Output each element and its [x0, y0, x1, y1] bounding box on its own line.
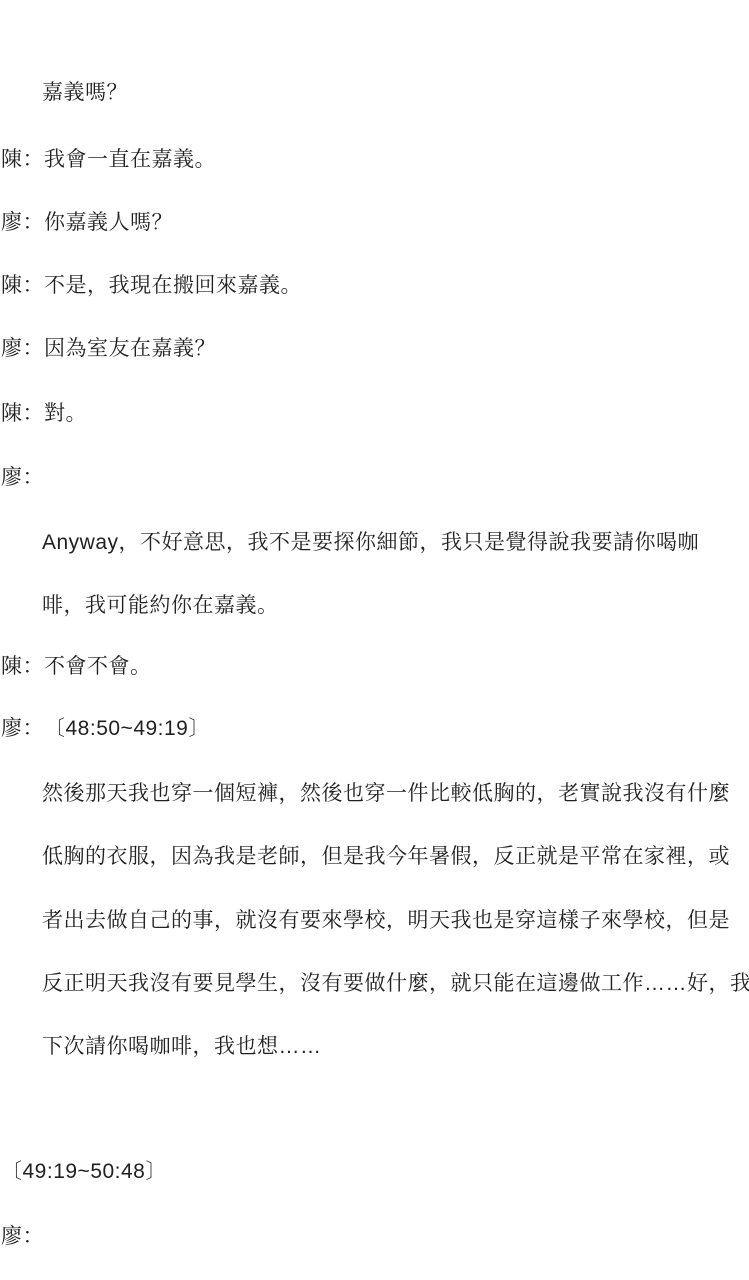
- timestamp-range: 〔48:50~49:19〕: [44, 717, 210, 740]
- line-text: 對。: [44, 402, 87, 425]
- line-text: Anyway，不好意思，我不是要探你細節，我只是覺得說我要請你喝咖: [42, 531, 699, 554]
- line-text: 不會不會。: [44, 655, 152, 678]
- line-text: 因為室友在嘉義？: [44, 337, 216, 360]
- speaker-label: 陳：: [1, 271, 44, 301]
- line-text: 下次請你喝咖啡，我也想……: [42, 1035, 322, 1058]
- line-text: 嘉義嗎？: [42, 81, 128, 104]
- line-text: 然後那天我也穿一個短褲，然後也穿一件比較低胸的，老實說我沒有什麼: [42, 782, 730, 805]
- speaker-label: 廖：: [1, 714, 44, 744]
- dialogue-line-liao: 廖：你嘉義人嗎？: [1, 208, 173, 238]
- dialogue-line-chen: 陳：不會不會。: [1, 652, 152, 682]
- line-text: 啡，我可能約你在嘉義。: [42, 594, 279, 617]
- timestamp-range: 〔49:19~50:48〕: [1, 1160, 167, 1183]
- line-text: 不是，我現在搬回來嘉義。: [44, 274, 302, 297]
- speaker-label: 陳：: [1, 145, 44, 175]
- line-text: 低胸的衣服，因為我是老師，但是我今年暑假，反正就是平常在家裡，或: [42, 845, 730, 868]
- dialogue-paragraph-line: 下次請你喝咖啡，我也想……: [1, 1032, 322, 1062]
- speaker-label: 廖：: [1, 208, 44, 238]
- timestamp-line: 〔49:19~50:48〕: [1, 1157, 167, 1187]
- dialogue-line-chen: 陳：對。: [1, 399, 87, 429]
- line-text: 者出去做自己的事，就沒有要來學校，明天我也是穿這樣子來學校，但是: [42, 909, 730, 932]
- speaker-label: 廖：: [1, 463, 44, 493]
- line-text: 你嘉義人嗎？: [44, 211, 173, 234]
- dialogue-paragraph-line: 啡，我可能約你在嘉義。: [1, 591, 279, 621]
- speaker-label: 陳：: [1, 399, 44, 429]
- dialogue-paragraph-line: 低胸的衣服，因為我是老師，但是我今年暑假，反正就是平常在家裡，或: [1, 842, 730, 872]
- dialogue-line-continuation: 嘉義嗎？: [1, 78, 128, 108]
- speaker-label: 陳：: [1, 652, 44, 682]
- document-page: 嘉義嗎？ 陳：我會一直在嘉義。 廖：你嘉義人嗎？ 陳：不是，我現在搬回來嘉義。 …: [0, 0, 749, 1280]
- dialogue-line-liao-timestamp: 廖：〔48:50~49:19〕: [1, 714, 210, 744]
- speaker-label: 廖：: [1, 1222, 44, 1252]
- speaker-label: 廖：: [1, 334, 44, 364]
- dialogue-paragraph-line: 反正明天我沒有要見學生，沒有要做什麼，就只能在這邊做工作……好，我: [1, 969, 749, 999]
- dialogue-paragraph-line: Anyway，不好意思，我不是要探你細節，我只是覺得說我要請你喝咖: [1, 528, 699, 558]
- dialogue-line-liao: 廖：: [1, 463, 44, 493]
- dialogue-line-chen: 陳：我會一直在嘉義。: [1, 145, 216, 175]
- dialogue-line-chen: 陳：不是，我現在搬回來嘉義。: [1, 271, 302, 301]
- dialogue-line-liao: 廖：: [1, 1222, 44, 1252]
- line-text: 反正明天我沒有要見學生，沒有要做什麼，就只能在這邊做工作……好，我: [42, 972, 749, 995]
- dialogue-paragraph-line: 者出去做自己的事，就沒有要來學校，明天我也是穿這樣子來學校，但是: [1, 906, 730, 936]
- dialogue-paragraph-line: 然後那天我也穿一個短褲，然後也穿一件比較低胸的，老實說我沒有什麼: [1, 779, 730, 809]
- line-text: 我會一直在嘉義。: [44, 148, 216, 171]
- dialogue-line-liao: 廖：因為室友在嘉義？: [1, 334, 216, 364]
